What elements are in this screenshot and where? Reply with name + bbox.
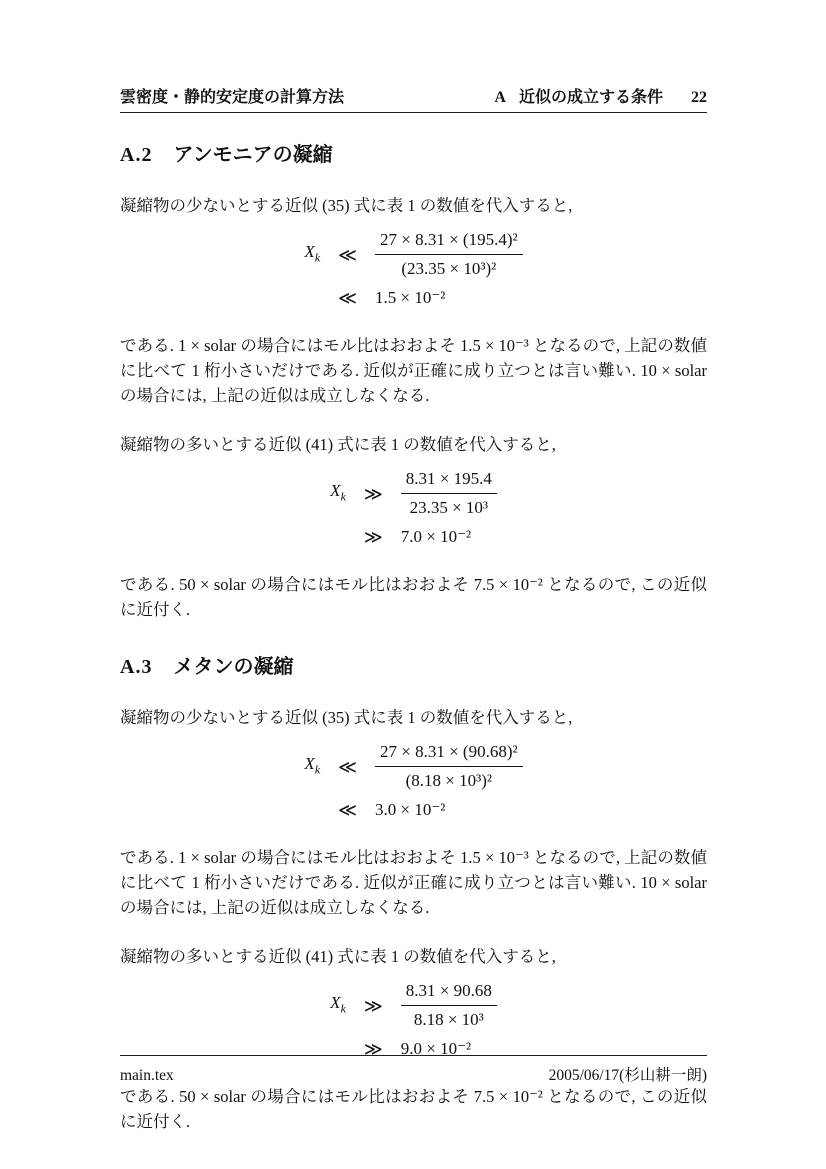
section-number: A.3 xyxy=(120,653,152,681)
paragraph-after-few: である. 1 × solar の場合にはモル比はおおよそ 1.5 × 10⁻³ … xyxy=(120,333,707,408)
page-footer: main.tex 2005/06/17(杉山耕一朗) xyxy=(120,1055,707,1085)
much-greater-than-symbol: ≫ xyxy=(364,526,383,548)
equation-few-condensate: Xk ≪ 27 × 8.31 × (195.4)² (23.35 × 10³)²… xyxy=(120,229,707,309)
paragraph-intro-few: 凝縮物の少ないとする近似 (35) 式に表 1 の数値を代入すると, xyxy=(120,705,707,730)
fraction-numerator: 8.31 × 90.68 xyxy=(401,980,497,1006)
fraction-denominator: (8.18 × 10³)² xyxy=(401,767,497,792)
header-section-title: 近似の成立する条件 xyxy=(519,84,663,107)
equation-variable: Xk xyxy=(330,480,346,507)
section-heading-a2: A.2 アンモニアの凝縮 xyxy=(120,140,707,169)
paragraph-intro-few: 凝縮物の少ないとする近似 (35) 式に表 1 の数値を代入すると, xyxy=(120,193,707,218)
section-heading-a3: A.3 メタンの凝縮 xyxy=(120,652,707,681)
section-title: メタンの凝縮 xyxy=(173,652,293,680)
paragraph-after-few: である. 1 × solar の場合にはモル比はおおよそ 1.5 × 10⁻³ … xyxy=(120,845,707,920)
footer-date-author: 2005/06/17(杉山耕一朗) xyxy=(549,1063,707,1085)
fraction: 27 × 8.31 × (90.68)² (8.18 × 10³)² xyxy=(375,741,523,792)
much-less-than-symbol: ≪ xyxy=(338,244,357,266)
fraction-numerator: 8.31 × 195.4 xyxy=(401,468,497,494)
page-content: A.2 アンモニアの凝縮 凝縮物の少ないとする近似 (35) 式に表 1 の数値… xyxy=(120,140,707,1134)
fraction-denominator: 23.35 × 10³ xyxy=(405,494,493,519)
fraction-numerator: 27 × 8.31 × (195.4)² xyxy=(375,229,523,255)
fraction: 8.31 × 90.68 8.18 × 10³ xyxy=(401,980,497,1031)
equation-result: 3.0 × 10⁻² xyxy=(375,799,445,821)
footer-filename: main.tex xyxy=(120,1067,174,1085)
paragraph-after-many: である. 50 × solar の場合にはモル比はおおよそ 7.5 × 10⁻²… xyxy=(120,1084,707,1134)
equation-few-condensate: Xk ≪ 27 × 8.31 × (90.68)² (8.18 × 10³)² … xyxy=(120,741,707,821)
fraction: 27 × 8.31 × (195.4)² (23.35 × 10³)² xyxy=(375,229,523,280)
equation-many-condensate: Xk ≫ 8.31 × 90.68 8.18 × 10³ ≫ 9.0 × 10⁻… xyxy=(120,980,707,1060)
fraction: 8.31 × 195.4 23.35 × 10³ xyxy=(401,468,497,519)
document-page: 雲密度・静的安定度の計算方法 A 近似の成立する条件 22 A.2 アンモニアの… xyxy=(0,0,826,1169)
paragraph-intro-many: 凝縮物の多いとする近似 (41) 式に表 1 の数値を代入すると, xyxy=(120,944,707,969)
much-greater-than-symbol: ≫ xyxy=(364,483,383,505)
paragraph-intro-many: 凝縮物の多いとする近似 (41) 式に表 1 の数値を代入すると, xyxy=(120,432,707,457)
equation-variable: Xk xyxy=(304,753,320,780)
header-document-title: 雲密度・静的安定度の計算方法 xyxy=(120,84,344,107)
fraction-denominator: (23.35 × 10³)² xyxy=(396,255,501,280)
equation-variable: Xk xyxy=(304,241,320,268)
equation-variable: Xk xyxy=(330,992,346,1019)
equation-result: 7.0 × 10⁻² xyxy=(401,526,471,548)
much-less-than-symbol: ≪ xyxy=(338,287,357,309)
much-less-than-symbol: ≪ xyxy=(338,756,357,778)
fraction-numerator: 27 × 8.31 × (90.68)² xyxy=(375,741,523,767)
much-less-than-symbol: ≪ xyxy=(338,799,357,821)
section-number: A.2 xyxy=(120,141,152,169)
equation-many-condensate: Xk ≫ 8.31 × 195.4 23.35 × 10³ ≫ 7.0 × 10… xyxy=(120,468,707,548)
header-page-number: 22 xyxy=(691,89,707,107)
much-greater-than-symbol: ≫ xyxy=(364,995,383,1017)
header-section-letter: A xyxy=(494,89,506,107)
header-section-info: A 近似の成立する条件 22 xyxy=(494,84,707,107)
page-header: 雲密度・静的安定度の計算方法 A 近似の成立する条件 22 xyxy=(120,84,707,113)
fraction-denominator: 8.18 × 10³ xyxy=(409,1006,489,1031)
paragraph-after-many: である. 50 × solar の場合にはモル比はおおよそ 7.5 × 10⁻²… xyxy=(120,572,707,622)
equation-result: 1.5 × 10⁻² xyxy=(375,287,445,309)
section-title: アンモニアの凝縮 xyxy=(173,140,332,168)
